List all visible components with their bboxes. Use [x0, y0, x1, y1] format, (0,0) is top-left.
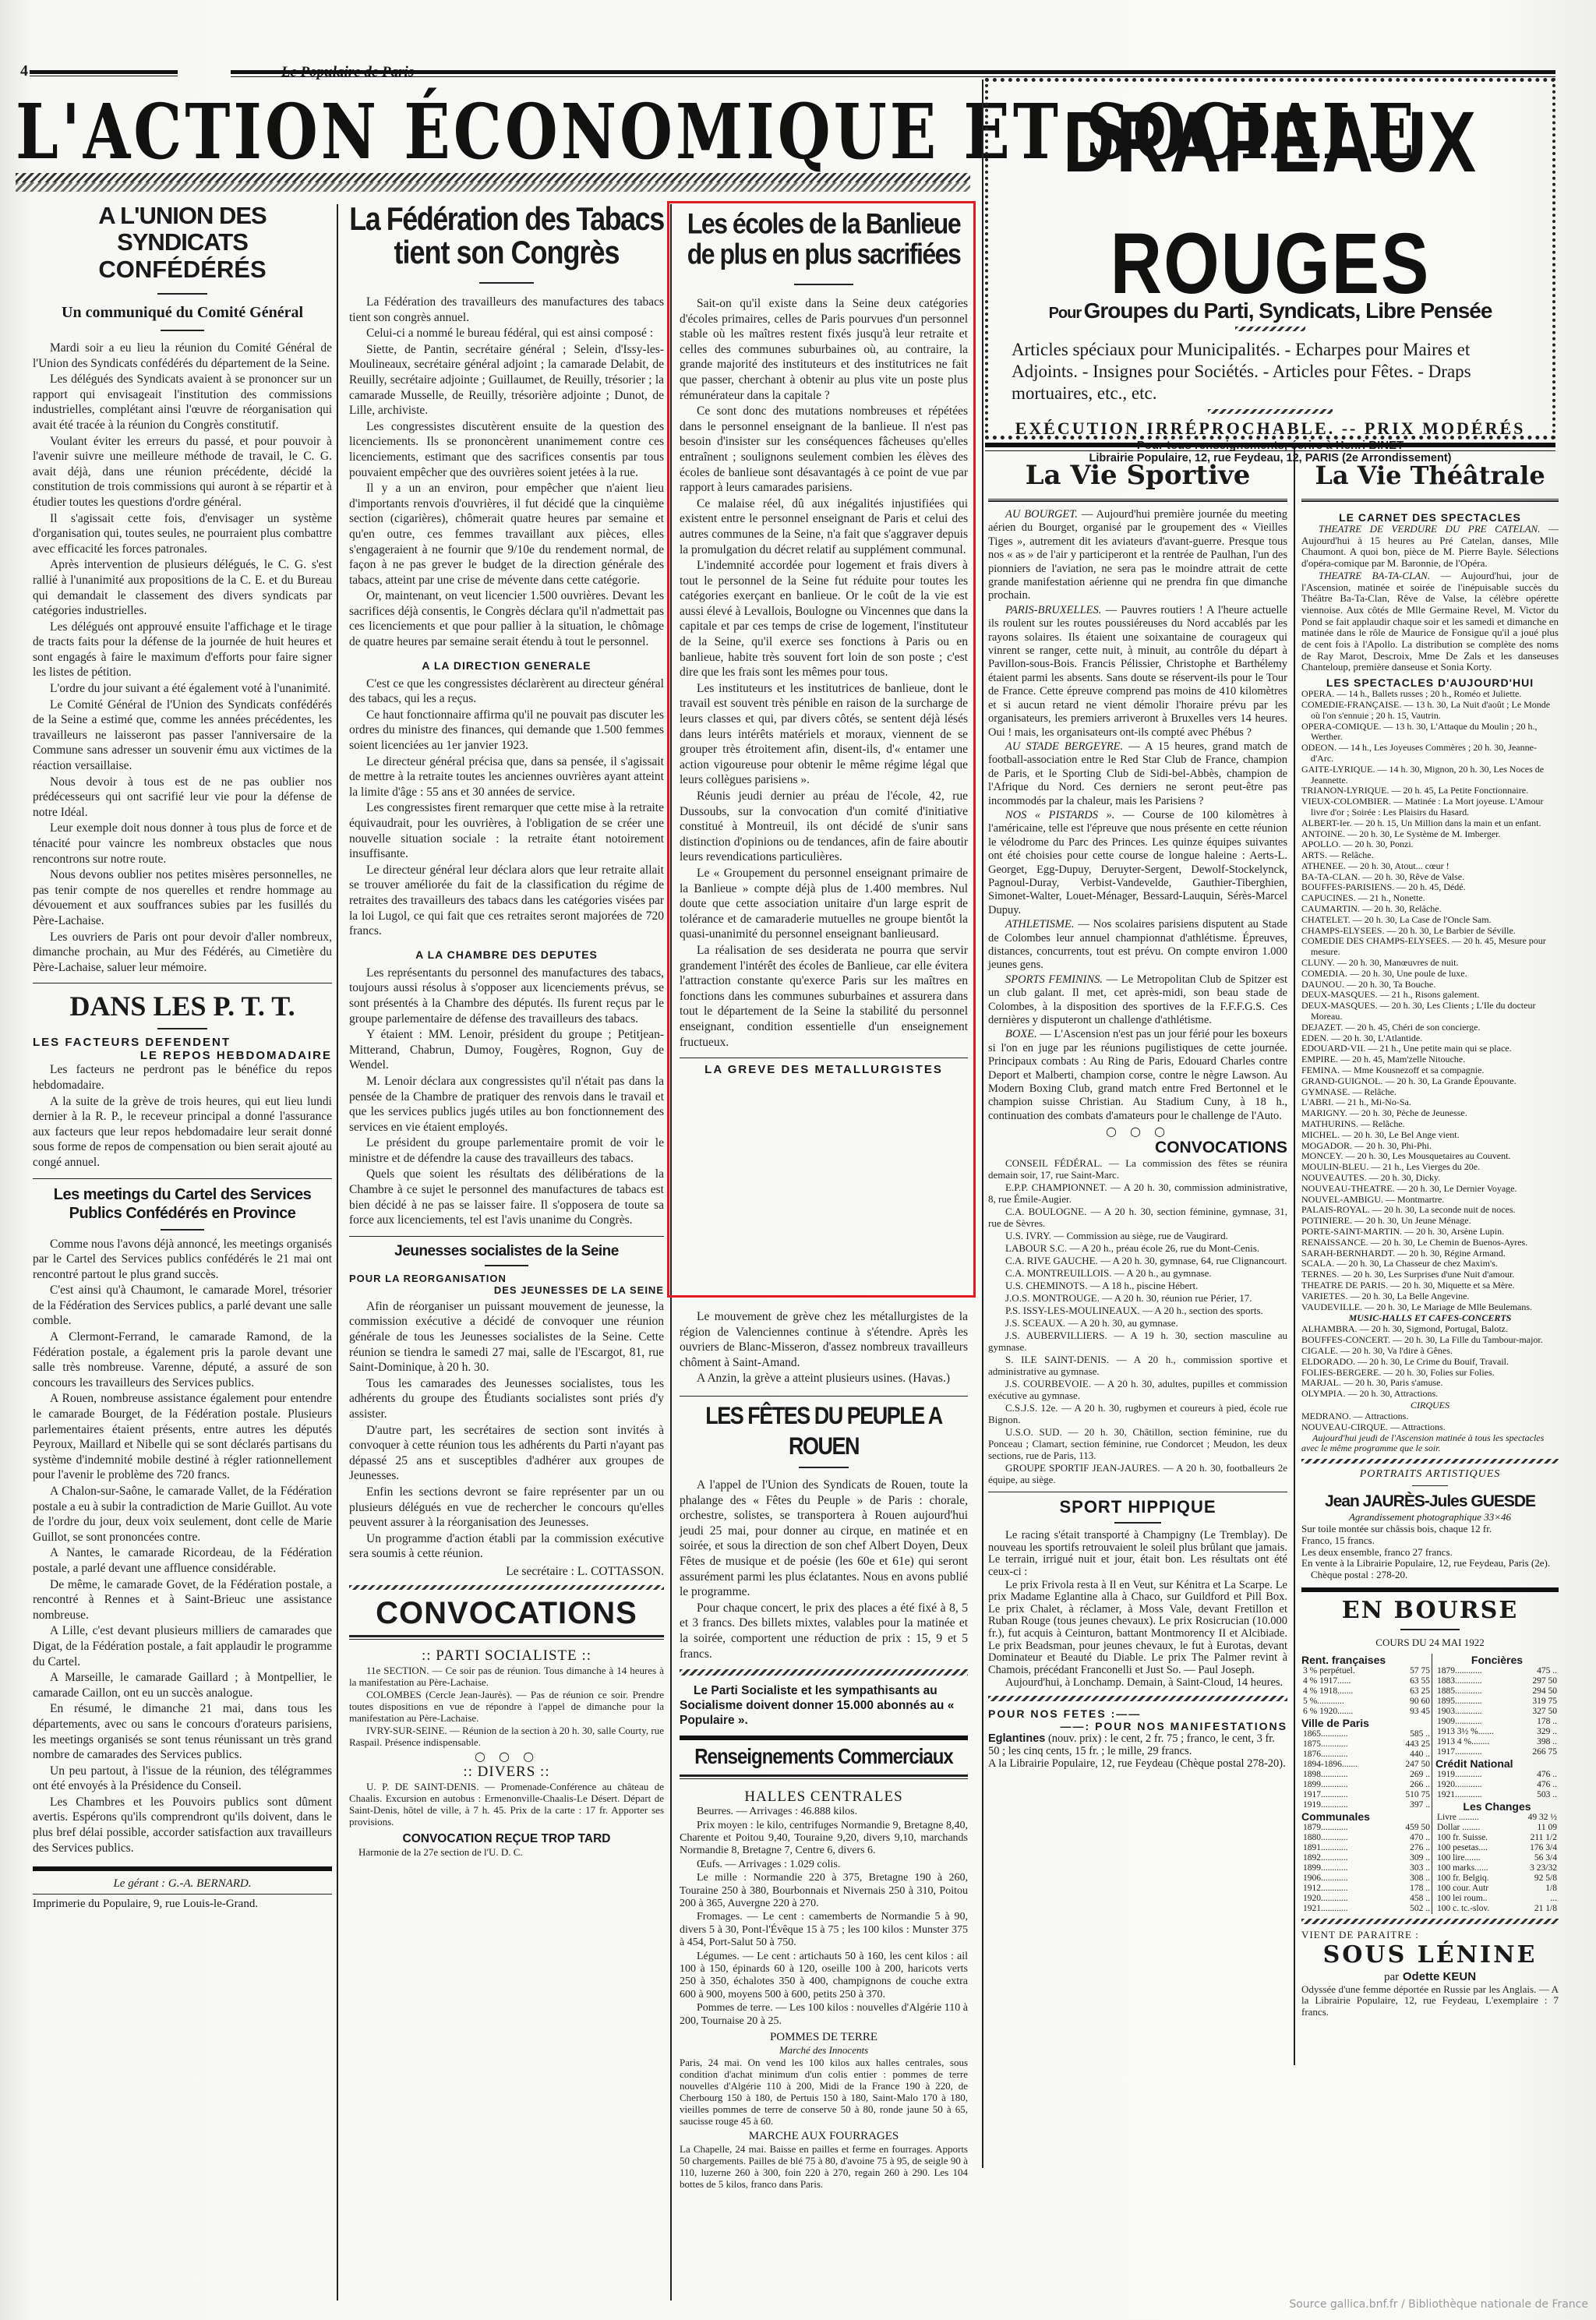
union-subtitle: Un communiqué du Comité Général — [33, 304, 332, 322]
paragraph: Or, maintenant, on veut licencier 1.500 … — [349, 588, 664, 649]
ornament-circles: ○ ○ ○ — [349, 1749, 664, 1764]
lenine-intro: VIENT DE PARAITRE : — [1301, 1929, 1559, 1941]
sport-item: AU BOURGET. — Aujourd'hui première journ… — [988, 508, 1287, 603]
spectacle-item: MARIGNY. — 20 h. 30, Pèche de Jeunesse. — [1301, 1108, 1559, 1119]
portrait-line: Les deux ensemble, franco 27 francs. — [1301, 1547, 1559, 1559]
divider — [988, 1492, 1287, 1492]
convocations-title: CONVOCATIONS — [349, 1594, 664, 1632]
column-divider-1 — [337, 204, 338, 2301]
row-value: 319 75 — [1520, 1697, 1559, 1707]
hippique-title: SPORT HIPPIQUE — [988, 1497, 1287, 1517]
table-row: 1917............510 75 — [1301, 1790, 1432, 1800]
portraits-names: Jean JAURÈS-Jules GUESDE — [1301, 1492, 1559, 1511]
paragraph: Un programme d'action établi par la comm… — [349, 1531, 664, 1562]
convocation-item: C.A. RIVE GAUCHE. — A 20 h. 30, gymnase,… — [988, 1255, 1287, 1266]
lenine-title: SOUS LÉNINE — [1301, 1941, 1559, 1969]
header-rule — [231, 70, 1555, 74]
spectacle-item: CLUNY. — 20 h. 30, Manœuvres de nuit. — [1301, 958, 1559, 969]
divers-title: :: DIVERS :: — [349, 1764, 664, 1781]
paragraph: Réunis jeudi dernier au préau de l'école… — [680, 789, 968, 865]
drapeaux-ad: DRAPEAUX ROUGES Pour Groupes du Parti, S… — [985, 78, 1555, 440]
table-row: 1895............319 75 — [1435, 1697, 1559, 1707]
commerciaux-title: Renseignements Commerciaux — [680, 1743, 968, 1772]
row-value: 269 .. — [1389, 1770, 1432, 1780]
divider — [479, 282, 534, 284]
divers-items: U. P. DE SAINT-DENIS. — Promenade-Confér… — [349, 1781, 664, 1827]
divider — [1114, 1522, 1161, 1524]
table-row: 100 lei roum..... — [1435, 1894, 1559, 1904]
table-row: 1913 3½ %.......329 .. — [1435, 1727, 1559, 1737]
row-value: 90 60 — [1393, 1697, 1432, 1707]
tabacs-sub2-title: A LA CHAMBRE DES DEPUTES — [349, 948, 664, 961]
row-label: 1920............ — [1301, 1894, 1384, 1904]
ville-table: 1865............585 ..1875............44… — [1301, 1729, 1432, 1810]
paragraph: Les représentants du personnel des manuf… — [349, 966, 664, 1026]
sport-item: AU STADE BERGEYRE. — A 15 heures, grand … — [988, 740, 1287, 808]
spectacle-item: PALAIS-ROYAL. — 20 h. 30, La seconde nui… — [1301, 1205, 1559, 1216]
paragraph: Comme nous l'avons déjà annoncé, les mee… — [33, 1237, 332, 1283]
convocation-item: J.S. AUBERVILLIERS. — A 19 h. 30, sectio… — [988, 1329, 1287, 1353]
table-row: 1898............269 .. — [1301, 1770, 1432, 1780]
paragraph: M. Lenoir déclara aux congressistes qu'i… — [349, 1074, 664, 1135]
row-value: 63 25 — [1393, 1686, 1432, 1697]
sport-item: PARIS-BRUXELLES. — Pauvres routiers ! A … — [988, 604, 1287, 740]
trop-tard-text: Harmonie de la 27e section de l'U. D. C. — [349, 1846, 664, 1859]
divider — [157, 1028, 207, 1029]
row-label: 100 c. tc.-slov. — [1435, 1904, 1513, 1914]
spectacle-item: MICHEL. — 20 h. 30, Le Bel Ange vient. — [1301, 1130, 1559, 1141]
table-row: 100 lire.......56 3/4 — [1435, 1853, 1559, 1863]
table-row: 1879............459 50 — [1301, 1823, 1432, 1833]
sport-item: NOS « PISTARDS ». — Course de 100 kilomè… — [988, 809, 1287, 917]
spectacle-item: ODEON. — 14 h., Les Joyeuses Commères ; … — [1301, 743, 1559, 765]
spectacle-item: GYMNASE. — Relâche. — [1301, 1087, 1559, 1098]
table-row: 1880............470 .. — [1301, 1833, 1432, 1843]
table-row: 1892............309 .. — [1301, 1853, 1432, 1863]
row-value: 211 1/2 — [1513, 1833, 1559, 1843]
jeunesses-title: Jeunesses socialistes de la Seine — [349, 1243, 664, 1260]
paragraph: Il s'agissait cette fois, d'envisager un… — [33, 511, 332, 557]
paragraph: Enfin les sections devront se faire repr… — [349, 1485, 664, 1531]
divider — [1412, 1485, 1448, 1486]
carnet-item: THEATRE DE VERDURE DU PRE CATELAN. — Auj… — [1301, 524, 1559, 570]
spectacle-item: EMPIRE. — 20 h. 45, Mam'zelle Nitouche. — [1301, 1054, 1559, 1065]
table-row: 1921............503 .. — [1435, 1790, 1559, 1800]
spectacles-list: OPERA. — 14 h., Ballets russes ; 20 h., … — [1301, 689, 1559, 1312]
table-row: 1865............585 .. — [1301, 1729, 1432, 1739]
divider — [680, 1774, 968, 1779]
row-label: 1903............ — [1435, 1707, 1520, 1717]
table-row: 100 fr. Belgiq.92 5/8 — [1435, 1873, 1559, 1884]
tabacs-sub1-body: C'est ce que les congressistes déclarère… — [349, 676, 664, 939]
carnet-title: LE CARNET DES SPECTACLES — [1301, 511, 1559, 524]
row-label: Livre ......... — [1435, 1813, 1513, 1823]
greve-and-rouen: Le mouvement de grève chez les métallurg… — [680, 1309, 968, 2190]
spectacle-item: CAPUCINES. — 21 h., Nonette. — [1301, 893, 1559, 904]
spectacle-item: DEUX-MASQUES. — 21 h., Risons galement. — [1301, 990, 1559, 1001]
row-label: 1909............ — [1435, 1717, 1520, 1727]
paragraph: Les instituteurs et les institutrices de… — [680, 681, 968, 788]
row-label: 1891............ — [1301, 1843, 1384, 1853]
paragraph: Ce sont donc des mutations nombreuses et… — [680, 404, 968, 496]
table-row: 1913 4 %........398 .. — [1435, 1737, 1559, 1747]
spectacle-item: CHATELET. — 20 h. 30, La Case de l'Oncle… — [1301, 915, 1559, 926]
spectacle-item: GAITE-LYRIQUE. — 14 h. 30, Mignon, 20 h.… — [1301, 765, 1559, 786]
music-hall-item: BOUFFES-CONCERT. — 20 h. 30, La Fille du… — [1301, 1335, 1559, 1346]
fetes-ad-line1: POUR NOS FETES :—— — [988, 1707, 1287, 1720]
row-value: 49 32 ½ — [1513, 1813, 1559, 1823]
ornament-rule — [1301, 1919, 1559, 1924]
greve-title: LA GREVE DES METALLURGISTES — [680, 1063, 968, 1076]
music-hall-item: CIGALE. — 20 h. 30, Va l'dire à Gênes. — [1301, 1346, 1559, 1357]
table-row: 6 % 1920.......93 45 — [1301, 1707, 1432, 1717]
row-label: 6 % 1920....... — [1301, 1707, 1393, 1717]
row-value: 11 09 — [1513, 1823, 1559, 1833]
ecoles-title-2: de plus en plus sacrifiées — [680, 236, 968, 272]
source-note: Source gallica.bnf.fr / Bibliothèque nat… — [1289, 2298, 1588, 2311]
row-value: 309 .. — [1384, 1853, 1432, 1863]
divider — [680, 1058, 968, 1058]
spectacle-item: FEMINA. — Mme Kousnezoff et sa compagnie… — [1301, 1065, 1559, 1076]
spectacle-item: NOUVEL-AMBIGU. — Montmartre. — [1301, 1195, 1559, 1206]
table-row: 1903............327 50 — [1435, 1707, 1559, 1717]
row-label: 1920............ — [1435, 1780, 1518, 1790]
table-row: 1919............476 .. — [1435, 1770, 1559, 1780]
changes-title: Les Changes — [1435, 1800, 1559, 1813]
divider — [1301, 499, 1559, 502]
row-value: 56 3/4 — [1513, 1853, 1559, 1863]
row-value: 458 .. — [1384, 1894, 1432, 1904]
spectacle-item: NOUVEAU-THEATRE. — 20 h. 30, Le Dernier … — [1301, 1184, 1559, 1195]
row-label: 1875............ — [1301, 1739, 1389, 1750]
row-label: 100 fr. Belgiq. — [1435, 1873, 1513, 1884]
paragraph: Celui-ci a nommé le bureau fédéral, qui … — [349, 326, 664, 341]
row-label: 1921............ — [1435, 1790, 1518, 1800]
table-row: 100 pesetas....176 3/4 — [1435, 1843, 1559, 1853]
spectacle-item: COMEDIE DES CHAMPS-ELYSEES. — 20 h. 45, … — [1301, 936, 1559, 958]
paragraph: En résumé, le dimanche 21 mai, dans tous… — [33, 1701, 332, 1762]
paragraph: Le « Groupement du personnel enseignant … — [680, 866, 968, 942]
row-label: 1913 4 %........ — [1435, 1737, 1520, 1747]
carnet-body: THEATRE DE VERDURE DU PRE CATELAN. — Auj… — [1301, 524, 1559, 673]
parti-socialiste-title: :: PARTI SOCIALISTE :: — [349, 1647, 664, 1665]
table-row: 1919............397 .. — [1301, 1800, 1432, 1810]
lenine-text: Odyssée d'une femme déportée en Russie p… — [1301, 1984, 1559, 2018]
convocation-item: J.S. COURBEVOIE. — A 20 h. 30, adultes, … — [988, 1378, 1287, 1401]
market-item: Fromages. — Le cent : camemberts de Norm… — [680, 1911, 968, 1949]
table-row: Livre .........49 32 ½ — [1435, 1813, 1559, 1823]
spectacle-item: MOGADOR. — 20 h. 30, Phi-Phi. — [1301, 1141, 1559, 1152]
row-label: 1879............ — [1301, 1823, 1384, 1833]
paragraph: Le directeur général leur déclara alors … — [349, 863, 664, 939]
paragraph: Les ouvriers de Paris ont pour devoir d'… — [33, 930, 332, 976]
section-rule — [985, 443, 1555, 447]
rule — [1301, 1587, 1559, 1592]
ptt-subhead-1: LES FACTEURS DEFENDENT — [33, 1036, 332, 1049]
row-label: 3 % perpétuel. — [1301, 1666, 1393, 1676]
foncieres-title: Foncières — [1435, 1654, 1559, 1666]
spectacle-item: EDOUARD-VII. — 21 h., Une petite main qu… — [1301, 1043, 1559, 1054]
paragraph: Pour chaque concert, le prix des places … — [680, 1601, 968, 1661]
gerant: Le gérant : G.-A. BERNARD. — [33, 1874, 332, 1894]
paragraph: Ce malaise réel, dû aux inégalités injus… — [680, 496, 968, 557]
convocation-item: COLOMBES (Cercle Jean-Jaurès). — Pas de … — [349, 1689, 664, 1724]
convocation-item: S. ILE SAINT-DENIS. — A 20 h., commissio… — [988, 1354, 1287, 1377]
row-label: 1906............ — [1301, 1873, 1384, 1884]
market-item: Prix moyen : le kilo, centrifuges Norman… — [680, 1820, 968, 1858]
fetes-ad-bold: Eglantines — [988, 1732, 1045, 1745]
tabacs-sub1-title: A LA DIRECTION GENERALE — [349, 659, 664, 672]
market-item: Le mille : Normandie 220 à 375, Bretagne… — [680, 1872, 968, 1910]
music-hall-item: MARJAL. — 20 h. 30, Paris s'amuse. — [1301, 1378, 1559, 1389]
divider — [1400, 1629, 1460, 1630]
table-row: 1909............178 .. — [1435, 1717, 1559, 1727]
paragraph: Aujourd'hui, à Lonchamp. Demain, à Saint… — [988, 1677, 1287, 1690]
convocation-item: J.S. SCEAUX. — A 20 h. 30, au gymnase. — [988, 1317, 1287, 1329]
row-value: 1/8 — [1513, 1884, 1559, 1894]
table-row: 1899............266 .. — [1301, 1780, 1432, 1790]
footer-rule — [33, 1866, 332, 1871]
drapeaux-body: Articles spéciaux pour Municipalités. - … — [988, 339, 1552, 404]
paragraph: Les Chambres et les Pouvoirs publics son… — [33, 1795, 332, 1856]
row-label: 1919............ — [1301, 1800, 1389, 1810]
spectacle-item: NOUVEAUTES. — 20 h. 30, Dicky. — [1301, 1173, 1559, 1184]
row-value: 502 .. — [1384, 1904, 1432, 1914]
row-label: 1883............ — [1435, 1676, 1520, 1686]
tabacs-sub2-body: Les représentants du personnel des manuf… — [349, 966, 664, 1228]
section-rule-thin — [985, 450, 1555, 451]
convocation-item: U.S.O. SUD. — 20 h. 30, Châtillon, secti… — [988, 1426, 1287, 1461]
paragraph: L'indemnité accordée pour logement et fr… — [680, 558, 968, 680]
spectacle-item: RENAISSANCE. — 20 h. 30, Le Chemin de Bu… — [1301, 1238, 1559, 1248]
paragraph: Les délégués des Syndicats avaient à se … — [33, 372, 332, 433]
row-label: 4 % 1917...... — [1301, 1676, 1393, 1686]
paragraph: De même, le camarade Govet, de la Fédéra… — [33, 1577, 332, 1623]
vie-theatrale-title: La Vie Théâtrale — [1301, 457, 1559, 494]
market-item: Pommes de terre. — Les 100 kilos : nouve… — [680, 2002, 968, 2028]
table-row: 1917............266 75 — [1435, 1747, 1559, 1757]
row-value: 585 .. — [1389, 1729, 1432, 1739]
paragraph: Ce haut fonctionnaire affirma qu'il ne p… — [349, 708, 664, 754]
row-label: 1913 3½ %....... — [1435, 1727, 1520, 1737]
lenine-author: Odette KEUN — [1403, 1970, 1476, 1983]
fetes-ad-line2: ——: POUR NOS MANIFESTATIONS — [988, 1720, 1287, 1732]
row-value: 459 50 — [1384, 1823, 1432, 1833]
convocation-item: GROUPE SPORTIF JEAN-JAURES. — A 20 h. 30… — [988, 1462, 1287, 1485]
spectacle-item: COMEDIA. — 20 h. 30, Une poule de luxe. — [1301, 969, 1559, 980]
row-value: 398 .. — [1520, 1737, 1559, 1747]
paragraph: Après intervention de plusieurs délégués… — [33, 557, 332, 618]
table-row: 1885............294 50 — [1435, 1686, 1559, 1697]
convocation-item: LABOUR S.C. — A 20 h., préau école 26, r… — [988, 1242, 1287, 1254]
spectacle-item: POTINIERE. — 20 h. 30, Un Jeune Ménage. — [1301, 1216, 1559, 1227]
portrait-line: En vente à la Librairie Populaire, 12, r… — [1301, 1558, 1559, 1580]
meetings-title-1: Les meetings du Cartel des Services — [33, 1185, 332, 1204]
ptt-title: DANS LES P. T. T. — [33, 989, 332, 1023]
spectacle-item: ALBERT-Ier. — 20 h. 15, Un Million dans … — [1301, 818, 1559, 829]
paragraph: Il y a un an environ, pour empêcher que … — [349, 481, 664, 588]
spectacle-item: CHAMPS-ELYSEES. — 20 h. 30, Le Barbier d… — [1301, 926, 1559, 937]
rouen-title: LES FÊTES DU PEUPLE A ROUEN — [680, 1400, 968, 1461]
spectacle-item: DAUNOU. — 20 h. 30, Ta Bouche. — [1301, 980, 1559, 991]
ptt-subhead-2: LE REPOS HEBDOMADAIRE — [33, 1049, 332, 1062]
table-row: Dollar ........11 09 — [1435, 1823, 1559, 1833]
paragraph: Les congressistes firent remarquer que c… — [349, 800, 664, 861]
row-value: 63 55 — [1393, 1676, 1432, 1686]
spectacle-item: ATHENEE. — 20 h. 30, Atout... cœur ! — [1301, 861, 1559, 872]
row-value: 93 45 — [1393, 1707, 1432, 1717]
jeunesses-subhead-1: POUR LA REORGANISATION — [349, 1273, 664, 1284]
row-label: 100 lei roum.. — [1435, 1894, 1513, 1904]
ornament-rule — [349, 1585, 664, 1590]
market-item: Beurres. — Arrivages : 46.888 kilos. — [680, 1806, 968, 1818]
row-label: 1921............ — [1301, 1904, 1384, 1914]
header-rule-left-thin — [30, 76, 178, 76]
spectacle-item: TRIANON-LYRIQUE. — 20 h. 45, La Petite F… — [1301, 786, 1559, 796]
row-value: 327 50 — [1520, 1707, 1559, 1717]
row-value: 397 .. — [1389, 1800, 1432, 1810]
spectacle-item: ARTS. — Relâche. — [1301, 850, 1559, 861]
paragraph: L'ordre du jour suivant a été également … — [33, 681, 332, 697]
convocation-item: C.A. MONTREUILLOIS. — A 20 h., au gymnas… — [988, 1267, 1287, 1279]
paragraph: Les facteurs ne perdront pas le bénéfice… — [33, 1062, 332, 1093]
abonnes-appeal: Le Parti Socialiste et les sympathisants… — [680, 1683, 968, 1728]
ornament-rule — [988, 1696, 1287, 1701]
row-value: 470 .. — [1384, 1833, 1432, 1843]
row-label: 1912............ — [1301, 1884, 1384, 1894]
row-value: 276 .. — [1384, 1843, 1432, 1853]
spectacle-item: THEATRE DE PARIS. — 20 h. 30, Miquette e… — [1301, 1280, 1559, 1291]
communales-title: Communales — [1301, 1810, 1432, 1823]
tabacs-article: La Fédération des Tabacs tient son Congr… — [349, 203, 664, 1859]
title-ornament-rule-2 — [16, 182, 970, 192]
row-value: 178 .. — [1384, 1884, 1432, 1894]
ornament-rule — [1301, 1459, 1559, 1464]
table-row: 4 % 1917......63 55 — [1301, 1676, 1432, 1686]
row-label: 1876............ — [1301, 1750, 1389, 1760]
paragraph: Voulant éviter les erreurs du passé, et … — [33, 434, 332, 510]
row-label: 1898............ — [1301, 1770, 1389, 1780]
ornament-rule — [1235, 327, 1305, 331]
row-label: 100 cour. Autr — [1435, 1884, 1513, 1894]
paragraph: A Nantes, le camarade Ricordeau, de la F… — [33, 1545, 332, 1576]
column-divider-3 — [982, 79, 983, 2168]
divider — [680, 1396, 968, 1397]
row-value: 510 75 — [1389, 1790, 1432, 1800]
pommes-title: POMMES DE TERRE — [680, 2031, 968, 2044]
paragraph: C'est ainsi qu'à Chaumont, le camarade M… — [33, 1283, 332, 1329]
convocation-item: U.S. CHEMINOTS. — A 18 h., piscine Héber… — [988, 1280, 1287, 1291]
title-ornament-rule — [16, 173, 970, 182]
paragraph: Quels que soient les résultats des délib… — [349, 1167, 664, 1227]
spectacle-item: GRAND-GUIGNOL. — 20 h. 30, La Grande Épo… — [1301, 1076, 1559, 1087]
bourse-right: Foncières 1879............475 ..1883....… — [1432, 1654, 1559, 1914]
spectacle-item: DEUX-MASQUES. — 20 h. 30, Les Clients ; … — [1301, 1001, 1559, 1022]
convocation-item: U.S. IVRY. — Commission au siège, rue de… — [988, 1230, 1287, 1241]
spectacle-item: MONCEY. — 20 h. 30, Les Mousquetaires au… — [1301, 1151, 1559, 1162]
row-label: 100 marks...... — [1435, 1863, 1513, 1873]
cirque-item: NOUVEAU-CIRQUE. — Attractions. — [1301, 1422, 1559, 1433]
paragraph: Le Comité Général de l'Union des Syndica… — [33, 697, 332, 774]
fourrages-text: La Chapelle, 24 mai. Baisse en pailles e… — [680, 2143, 968, 2190]
row-label: 1917............ — [1435, 1747, 1520, 1757]
bourse-title: EN BOURSE — [1301, 1597, 1559, 1624]
paragraph: A Chalon-sur-Saône, le camarade Vallet, … — [33, 1484, 332, 1545]
row-label: Dollar ........ — [1435, 1823, 1513, 1833]
paragraph: Sait-on qu'il existe dans la Seine deux … — [680, 296, 968, 403]
spectacle-item: MATHURINS. — Relâche. — [1301, 1119, 1559, 1130]
header-rule-left — [30, 70, 178, 74]
paragraph: Le prix Frivola resta à Il en Veut, sur … — [988, 1580, 1287, 1677]
pommes-sub: Marché des Innocents — [680, 2044, 968, 2057]
paragraph: A Anzin, la grève a atteint plusieurs us… — [680, 1371, 968, 1386]
meetings-body: Comme nous l'avons déjà annoncé, les mee… — [33, 1237, 332, 1856]
convocation-item: IVRY-SUR-SEINE. — Réunion de la section … — [349, 1725, 664, 1748]
table-row: 1879............475 .. — [1435, 1666, 1559, 1676]
spectacle-item: TERNES. — 20 h. 30, Les Surprises d'une … — [1301, 1269, 1559, 1280]
bourse-tables: Rent. françaises 3 % perpétuel.57 754 % … — [1301, 1654, 1559, 1914]
changes-table: Livre .........49 32 ½Dollar ........11 … — [1435, 1813, 1559, 1914]
row-label: 5 %............ — [1301, 1697, 1393, 1707]
spectacle-item: DEJAZET. — 20 h. 45, Chéri de son concie… — [1301, 1022, 1559, 1033]
table-row: 1906............308 .. — [1301, 1873, 1432, 1884]
music-halls-title: MUSIC-HALLS ET CAFES-CONCERTS — [1301, 1312, 1559, 1324]
header-rule-thin — [231, 76, 1555, 77]
row-label: 1892............ — [1301, 1853, 1384, 1863]
sport-convocations: CONSEIL FÉDÉRAL. — La commission des fêt… — [988, 1157, 1287, 1485]
portraits-head: PORTRAITS ARTISTIQUES — [1301, 1468, 1559, 1481]
bourse-left: Rent. françaises 3 % perpétuel.57 754 % … — [1301, 1654, 1432, 1914]
paragraph: Le racing s'était transporté à Champigny… — [988, 1530, 1287, 1578]
drapeaux-tagline: EXÉCUTION IRRÉPROCHABLE. -- PRIX MODÉRÉS — [988, 418, 1552, 439]
spectacle-item: APOLLO. — 20 h. 30, Ponzi. — [1301, 839, 1559, 850]
column-divider-4 — [1294, 444, 1295, 2065]
paragraph: C'est ce que les congressistes déclarère… — [349, 676, 664, 707]
union-title-1: A L'UNION DES SYNDICATS — [33, 203, 332, 256]
jeunesses-body: Afin de réorganiser un puissant mouvemen… — [349, 1299, 664, 1562]
row-label: 1917............ — [1301, 1790, 1389, 1800]
halles-body: Beurres. — Arrivages : 46.888 kilos.Prix… — [680, 1806, 968, 2028]
table-row: 100 cour. Autr1/8 — [1435, 1884, 1559, 1894]
row-value: 297 50 — [1520, 1676, 1559, 1686]
vie-sportive-title: La Vie Sportive — [988, 457, 1287, 494]
table-row: 1883............297 50 — [1435, 1676, 1559, 1686]
halles-title: HALLES CENTRALES — [680, 1789, 968, 1806]
row-label: 4 % 1918....... — [1301, 1686, 1393, 1697]
rouen-body: A l'appel de l'Union des Syndicats de Ro… — [680, 1478, 968, 1661]
row-value: 476 .. — [1518, 1770, 1559, 1780]
paragraph: Le mouvement de grève chez les métallurg… — [680, 1309, 968, 1370]
paragraph: Le président du groupe parlementaire pro… — [349, 1135, 664, 1166]
paragraph: Les congressistes discutèrent ensuite de… — [349, 419, 664, 480]
bourse-date: COURS DU 24 MAI 1922 — [1301, 1637, 1559, 1649]
tabacs-title-2: tient son Congrès — [349, 233, 664, 273]
paragraph: La Fédération des travailleurs des manuf… — [349, 295, 664, 325]
spectacle-item: SCALA. — 20 h. 30, La Chasseur de chez M… — [1301, 1259, 1559, 1269]
ornament-circles: ○ ○ ○ — [988, 1124, 1287, 1139]
vie-theatrale: La Vie Théâtrale LE CARNET DES SPECTACLE… — [1301, 457, 1559, 2018]
row-label: 1879............ — [1435, 1666, 1520, 1676]
sport-item: ATHLETISME. — Nos scolaires parisiens di… — [988, 918, 1287, 973]
paragraph: D'autre part, les secrétaires de section… — [349, 1423, 664, 1484]
market-item: Légumes. — Le cent : artichauts 50 à 160… — [680, 1951, 968, 2002]
spectacle-item: VARIETES. — 20 h. 30, La Belle Angevine. — [1301, 1291, 1559, 1302]
portraits-sub: Agrandissement photographique 33×46 — [1301, 1511, 1559, 1524]
paragraph: Leur exemple doit nous donner à tous plu… — [33, 821, 332, 867]
cirques-title: CIRQUES — [1301, 1400, 1559, 1411]
spectacle-item: OPERA. — 14 h., Ballets russes ; 20 h., … — [1301, 689, 1559, 700]
spectacle-item: VIEUX-COLOMBIER. — Matinée : La Mort joy… — [1301, 796, 1559, 818]
